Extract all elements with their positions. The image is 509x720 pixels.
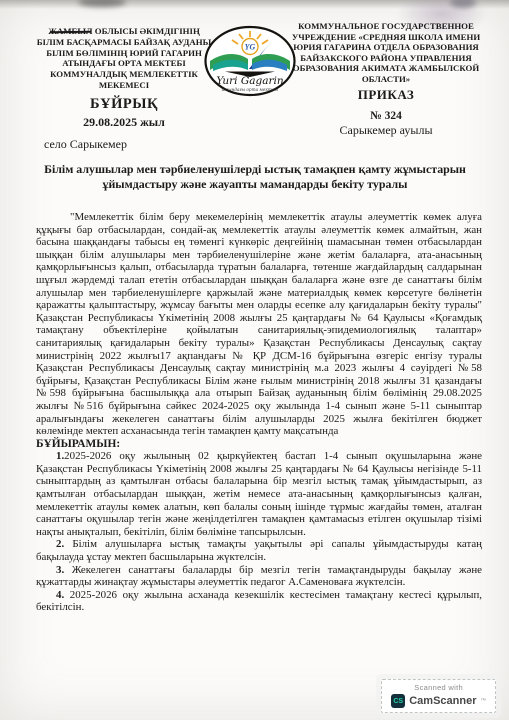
- order-body: "Мемлекеттік білім беру мекемелерінің ме…: [36, 211, 482, 614]
- order-item-1: 1.2025-2026 оқу жылының 02 қыркүйектең б…: [36, 450, 482, 538]
- org-name-kazakh: ЖАМБЫЛ ОБЛЫСЫ ӘКІМДІГІНІҢ БІЛІМ БАСҚАРМА…: [36, 26, 212, 91]
- camscanner-icon: CS: [391, 694, 405, 708]
- scanned-order-document: ЖАМБЫЛ ОБЛЫСЫ ӘКІМДІГІНІҢ БІЛІМ БАСҚАРМА…: [0, 0, 509, 720]
- org-name-russian: КОММУНАЛЬНОЕ ГОСУДАРСТВЕННОЕ УЧРЕЖДЕНИЕ …: [286, 21, 486, 85]
- school-logo: YG Yuri Gagarin атындағы орта мектебі: [203, 25, 297, 97]
- camscanner-watermark: Scanned with CS CamScanner ™: [381, 679, 496, 713]
- scanned-with-label: Scanned with: [391, 683, 486, 692]
- camscanner-name: CamScanner: [409, 695, 476, 707]
- place-kazakh: Сарыкемер ауылы: [286, 123, 486, 138]
- item-text: Жекелеген санаттағы балаларды бір мезгіл…: [36, 564, 482, 589]
- doc-date: 29.08.2025 жыл: [36, 115, 212, 130]
- order-item-2: 2. Білім алушыларға ыстық тамақты уақыты…: [36, 538, 482, 563]
- order-preamble: "Мемлекеттік білім беру мекемелерінің ме…: [36, 211, 482, 438]
- order-title: Білім алушылар мен тәрбиеленушілерді ыст…: [44, 162, 466, 193]
- order-item-4: 4. 2025-2026 оқу жылына асханада кезекші…: [36, 589, 482, 614]
- logo-school-subtitle: атындағы орта мектебі: [222, 87, 279, 92]
- logo-school-name: Yuri Gagarin: [216, 75, 284, 87]
- item-number: 2.: [56, 538, 64, 550]
- place-russian: село Сарыкемер: [44, 137, 127, 152]
- school-logo-emblem: YG Yuri Gagarin атындағы орта мектебі: [203, 25, 297, 97]
- item-text: Білім алушыларға ыстық тамақты уақытылы …: [36, 538, 482, 563]
- doc-type-russian: ПРИКАЗ: [286, 87, 486, 103]
- resolution-word: БҰЙЫРАМЫН:: [36, 438, 482, 451]
- monogram-text: YG: [245, 43, 256, 52]
- item-number: 3.: [56, 564, 64, 576]
- order-item-3: 3. Жекелеген санаттағы балаларды бір мез…: [36, 564, 482, 589]
- item-number: 1.: [56, 450, 64, 462]
- item-number: 4.: [56, 589, 64, 601]
- item-text: 2025-2026 оқу жылының 02 қыркүйектең бас…: [36, 450, 482, 538]
- doc-type-kazakh: БҰЙРЫҚ: [36, 96, 212, 113]
- camscanner-brand-row: CS CamScanner ™: [391, 694, 486, 708]
- item-text: 2025-2026 оқу жылына асханада кезекшілік…: [36, 589, 482, 614]
- trademark-symbol: ™: [481, 698, 487, 704]
- doc-number: № 324: [286, 110, 486, 122]
